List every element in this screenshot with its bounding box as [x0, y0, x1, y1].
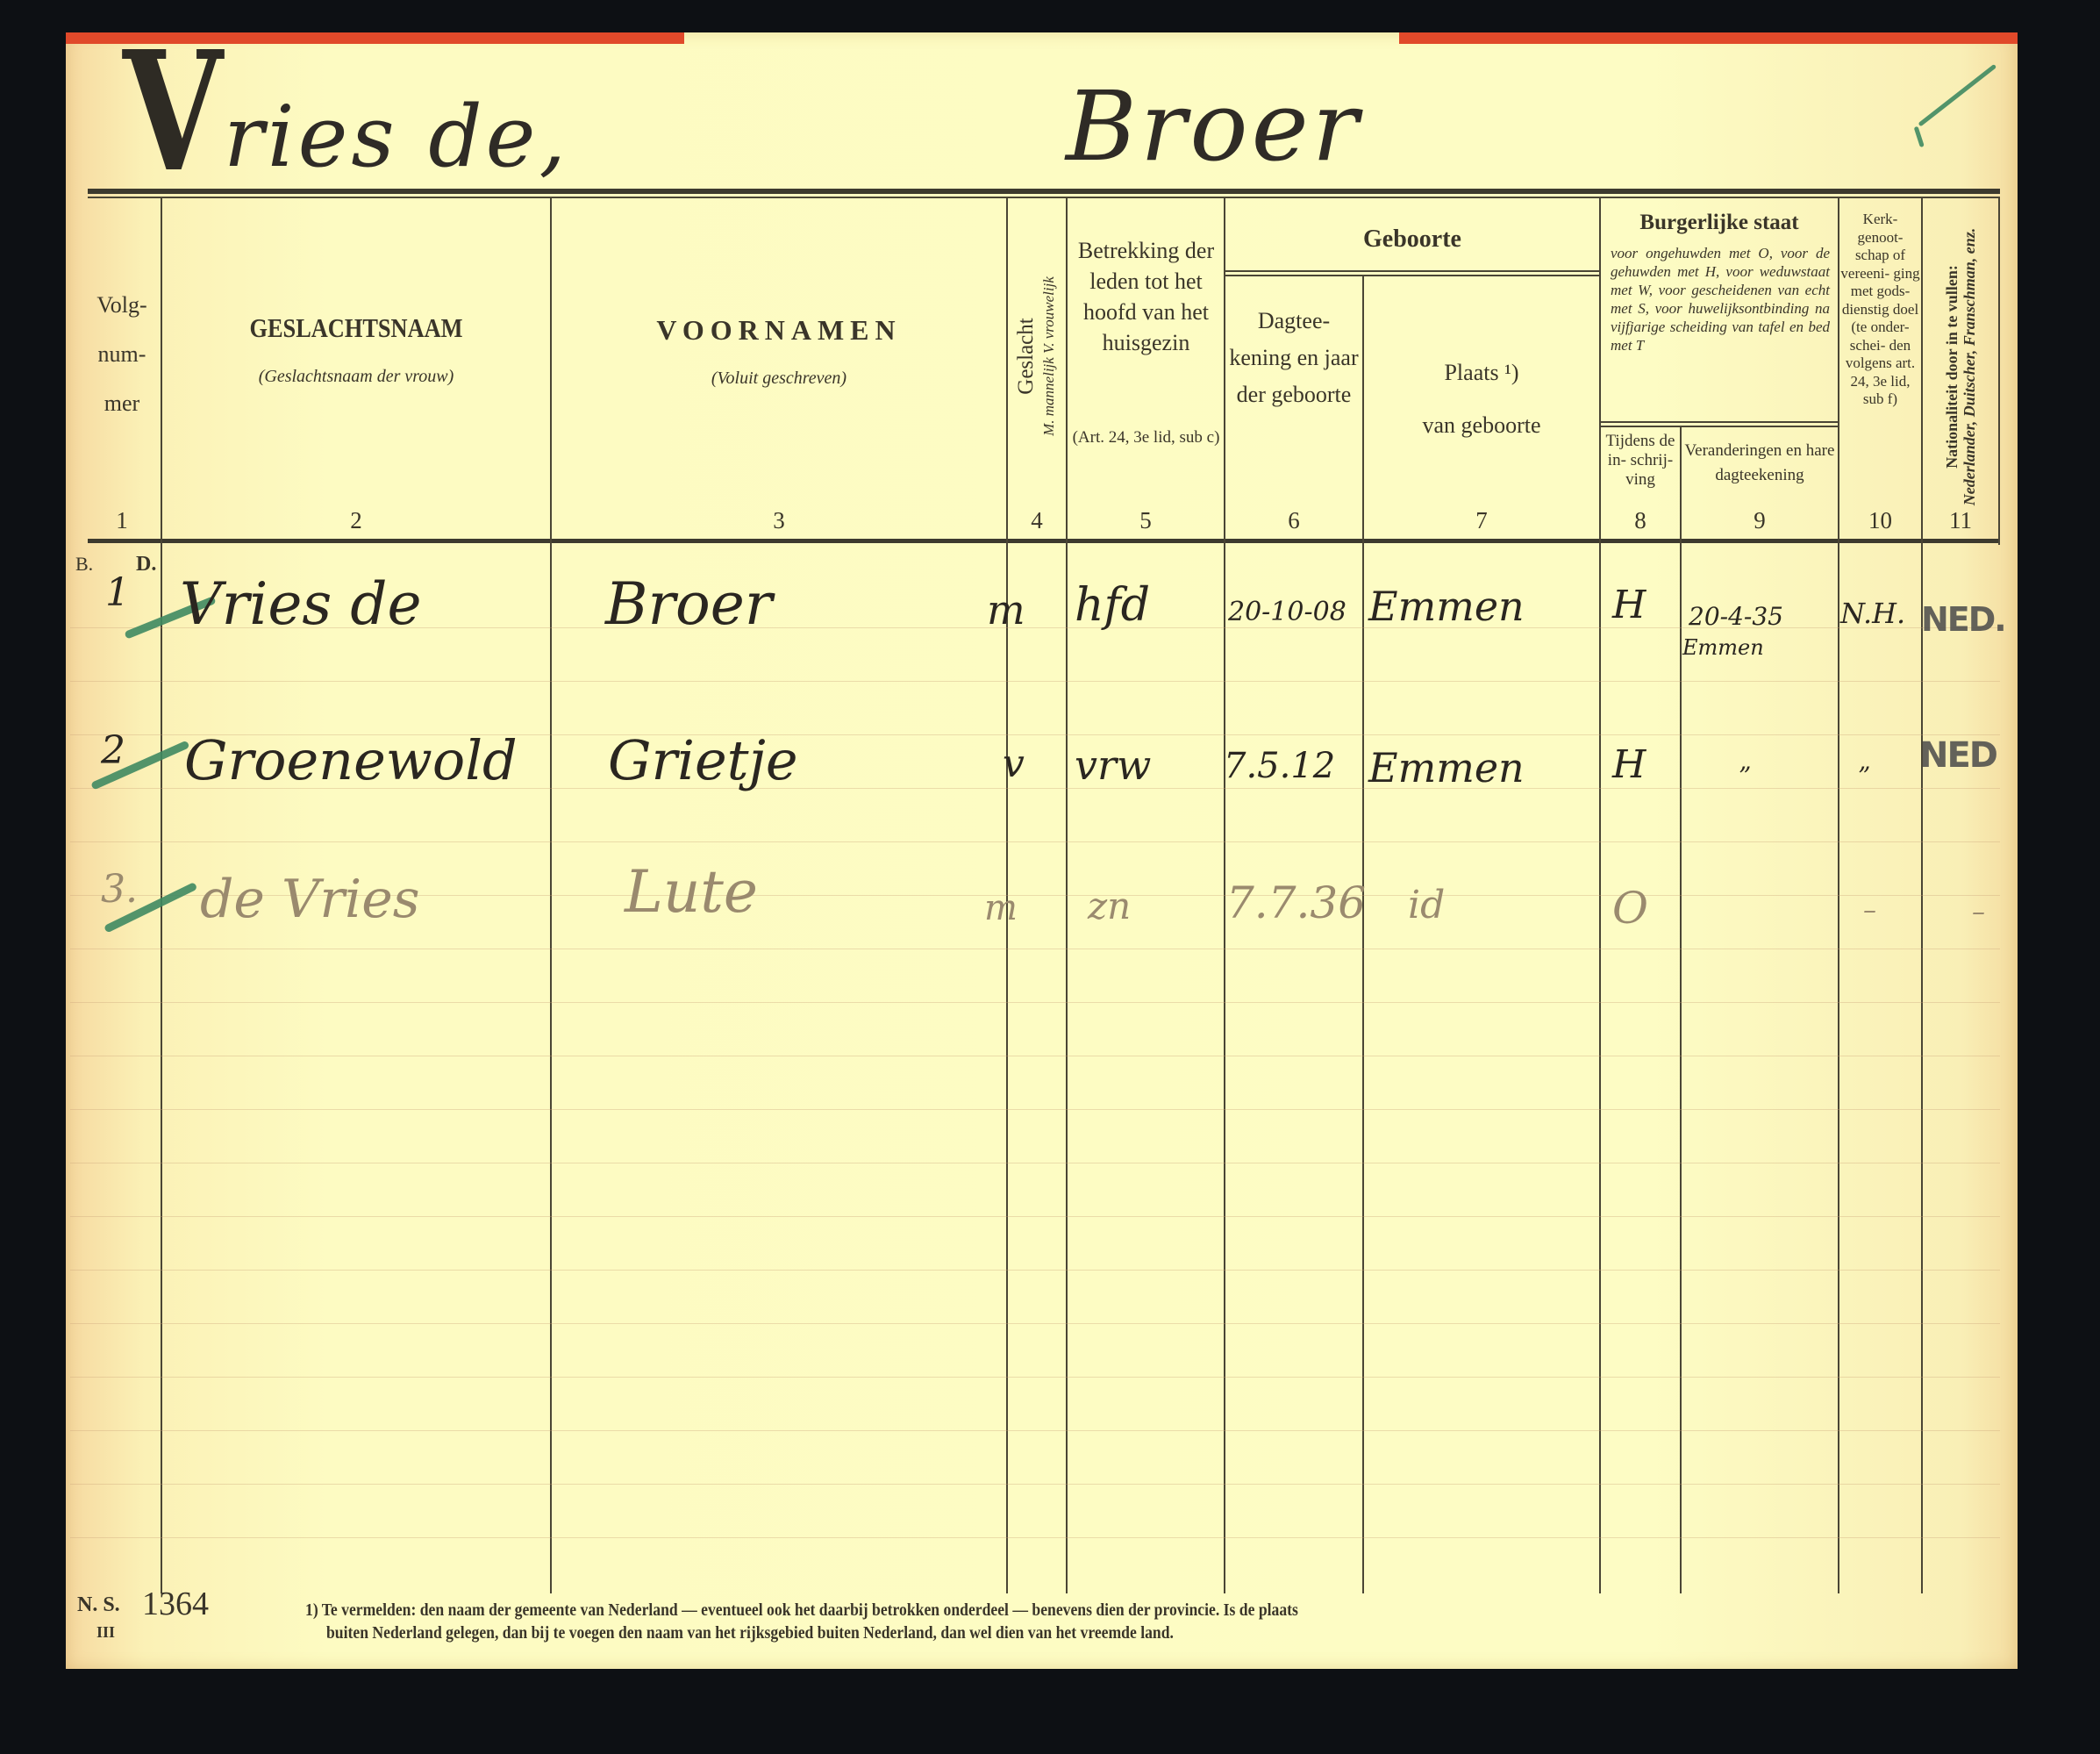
header-tijdens-inschrijving: Tijdens de in- schrij- ving — [1601, 432, 1680, 490]
row3-volgnummer: 3. — [101, 867, 138, 912]
staat-subrule-b — [1601, 426, 1838, 427]
col-number-8: 8 — [1601, 507, 1680, 534]
row3-staat: O — [1612, 883, 1648, 934]
row1-geslachtsnaam: Vries de — [180, 570, 422, 638]
col-divider-10 — [1921, 198, 1923, 1593]
col-number-7: 7 — [1364, 507, 1599, 534]
header-rule — [88, 539, 2000, 543]
title-surname-initial: V — [123, 42, 223, 183]
col-divider-8 — [1680, 426, 1682, 1593]
col-divider-11 — [1998, 198, 2000, 545]
header-geboorte: Geboorte — [1225, 226, 1599, 254]
form-number: 1364 — [142, 1585, 209, 1623]
row2-staat: H — [1612, 742, 1646, 787]
staat-subrule-a — [1601, 421, 1838, 423]
col-number-4: 4 — [1008, 507, 1066, 534]
row2-kerkgenootschap: ” — [1858, 762, 1870, 791]
ruled-line — [70, 949, 2000, 949]
row2-nationaliteit-stamp: NED — [1919, 735, 1996, 776]
col-divider-6 — [1362, 275, 1364, 1593]
margin-note-b: B. — [75, 553, 93, 576]
ruled-line — [70, 1163, 2000, 1163]
row2-geslacht: v — [1003, 741, 1025, 786]
red-tab-right — [1399, 32, 2018, 44]
col-divider-2 — [550, 198, 552, 1593]
row2-geboortedatum: 7.5.12 — [1224, 746, 1335, 786]
row1-geboortedatum: 20-10-08 — [1228, 597, 1346, 627]
header-nationaliteit-label: Nationaliteit door in te vullen: — [1943, 196, 1961, 538]
title-firstname: Broer — [1066, 70, 1361, 183]
row3-geboorteplaats: id — [1408, 883, 1445, 927]
col-number-9: 9 — [1682, 507, 1838, 534]
header-nationaliteit-sub: Nederlander, Duitscher, Franschman, enz. — [1961, 196, 1978, 538]
header-betrekking-sub: (Art. 24, 3e lid, sub c) — [1069, 426, 1223, 449]
row2-geslachtsnaam: Groenewold — [184, 728, 518, 792]
col-number-6: 6 — [1225, 507, 1362, 534]
footnote-line-1: 1) Te vermelden: den naam der gemeente v… — [305, 1600, 1298, 1621]
footnote-line-2: buiten Nederland gelegen, dan bij te voe… — [326, 1623, 1174, 1643]
row1-betrekking: hfd — [1075, 579, 1150, 632]
row1-staat: H — [1612, 583, 1646, 627]
row2-volgnummer: 2 — [101, 728, 125, 773]
row2-betrekking: vrw — [1075, 741, 1151, 789]
header-geslacht: Geslacht M. mannelijk V. vrouwelijk — [1015, 211, 1061, 501]
title-rule-thick — [88, 189, 2000, 194]
row1-voornamen: Broer — [605, 570, 772, 638]
row2-voornamen: Grietje — [608, 728, 798, 792]
row3-nationaliteit: – — [1972, 897, 1985, 927]
header-nationaliteit: Nationaliteit door in te vullen: Nederla… — [1943, 196, 1978, 538]
header-plaats-sub: van geboorte — [1364, 412, 1599, 439]
ruled-line — [70, 681, 2000, 682]
title-rule-thin — [88, 197, 2000, 198]
row1-nationaliteit-stamp: NED. — [1921, 600, 2005, 639]
header-dagteekening: Dagtee- kening en jaar der geboorte — [1225, 303, 1362, 413]
form-sub: III — [96, 1623, 115, 1642]
ruled-line — [70, 1430, 2000, 1431]
header-burgerlijke-staat: Burgerlijke staat — [1601, 211, 1838, 235]
title-surname: ries de, — [224, 88, 569, 186]
header-geslachtsnaam-sub: (Geslachtsnaam der vrouw) — [162, 367, 550, 387]
header-geslacht-sub: M. mannelijk V. vrouwelijk — [1038, 211, 1061, 501]
row1-veranderingen-plaats: Emmen — [1682, 635, 1764, 660]
row3-geboortedatum: 7.7.36 — [1226, 877, 1366, 928]
row3-voornamen: Lute — [625, 858, 758, 926]
ruled-line — [70, 1216, 2000, 1217]
header-geslacht-label: Geslacht — [1015, 211, 1038, 501]
row1-geslacht: m — [987, 586, 1025, 634]
row1-geboorteplaats: Emmen — [1368, 583, 1525, 630]
geboorte-subrule-b — [1225, 275, 1599, 276]
row2-geboorteplaats: Emmen — [1368, 744, 1525, 791]
header-volgnummer-label: Volg- num- mer — [96, 292, 146, 416]
ruled-line — [70, 1109, 2000, 1110]
ruled-line — [70, 1002, 2000, 1003]
ruled-line — [70, 1270, 2000, 1271]
ruled-line — [70, 1484, 2000, 1485]
row1-volgnummer: 1 — [105, 570, 130, 615]
ruled-line — [70, 1323, 2000, 1324]
col-divider-1 — [161, 198, 162, 1593]
row3-geslacht: m — [984, 888, 1018, 928]
header-volgnummer: Volg- num- mer — [83, 281, 161, 428]
ruled-line — [70, 841, 2000, 842]
col-number-1: 1 — [83, 507, 161, 534]
geboorte-subrule-a — [1225, 270, 1599, 272]
col-divider-4 — [1066, 198, 1068, 1593]
col-divider-7 — [1599, 198, 1601, 1593]
ruled-line — [70, 1537, 2000, 1538]
header-betrekking: Betrekking der leden tot het hoofd van h… — [1069, 235, 1223, 358]
ruled-line — [70, 1056, 2000, 1056]
header-geslachtsnaam: GESLACHTSNAAM — [191, 312, 521, 344]
row1-kerkgenootschap: N.H. — [1840, 597, 1905, 630]
margin-note-d: D. — [136, 553, 156, 576]
col-number-2: 2 — [162, 507, 550, 534]
col-number-5: 5 — [1068, 507, 1224, 534]
header-kerkgenootschap: Kerk- genoot- schap of vereeni- ging met… — [1839, 211, 1921, 409]
row3-kerkgenootschap: – — [1863, 895, 1876, 926]
header-veranderingen: Veranderingen en hare dagteekening — [1682, 439, 1838, 488]
col-number-3: 3 — [552, 507, 1006, 534]
header-voornamen: VOORNAMEN — [552, 314, 1006, 347]
col-number-10: 10 — [1839, 507, 1921, 534]
row1-veranderingen: 20-4-35 — [1689, 602, 1783, 631]
col-number-11: 11 — [1923, 507, 1998, 534]
row3-betrekking: zn — [1088, 884, 1131, 927]
row2-veranderingen: ” — [1739, 762, 1751, 791]
header-voornamen-sub: (Voluit geschreven) — [552, 369, 1006, 389]
header-burgerlijke-staat-desc: voor ongehuwden met O, voor de gehuwden … — [1611, 244, 1830, 354]
row3-geslachtsnaam: de Vries — [200, 869, 420, 930]
header-plaats: Plaats ¹) — [1364, 360, 1599, 386]
form-code: N. S. — [77, 1593, 120, 1617]
ruled-line — [70, 1377, 2000, 1378]
